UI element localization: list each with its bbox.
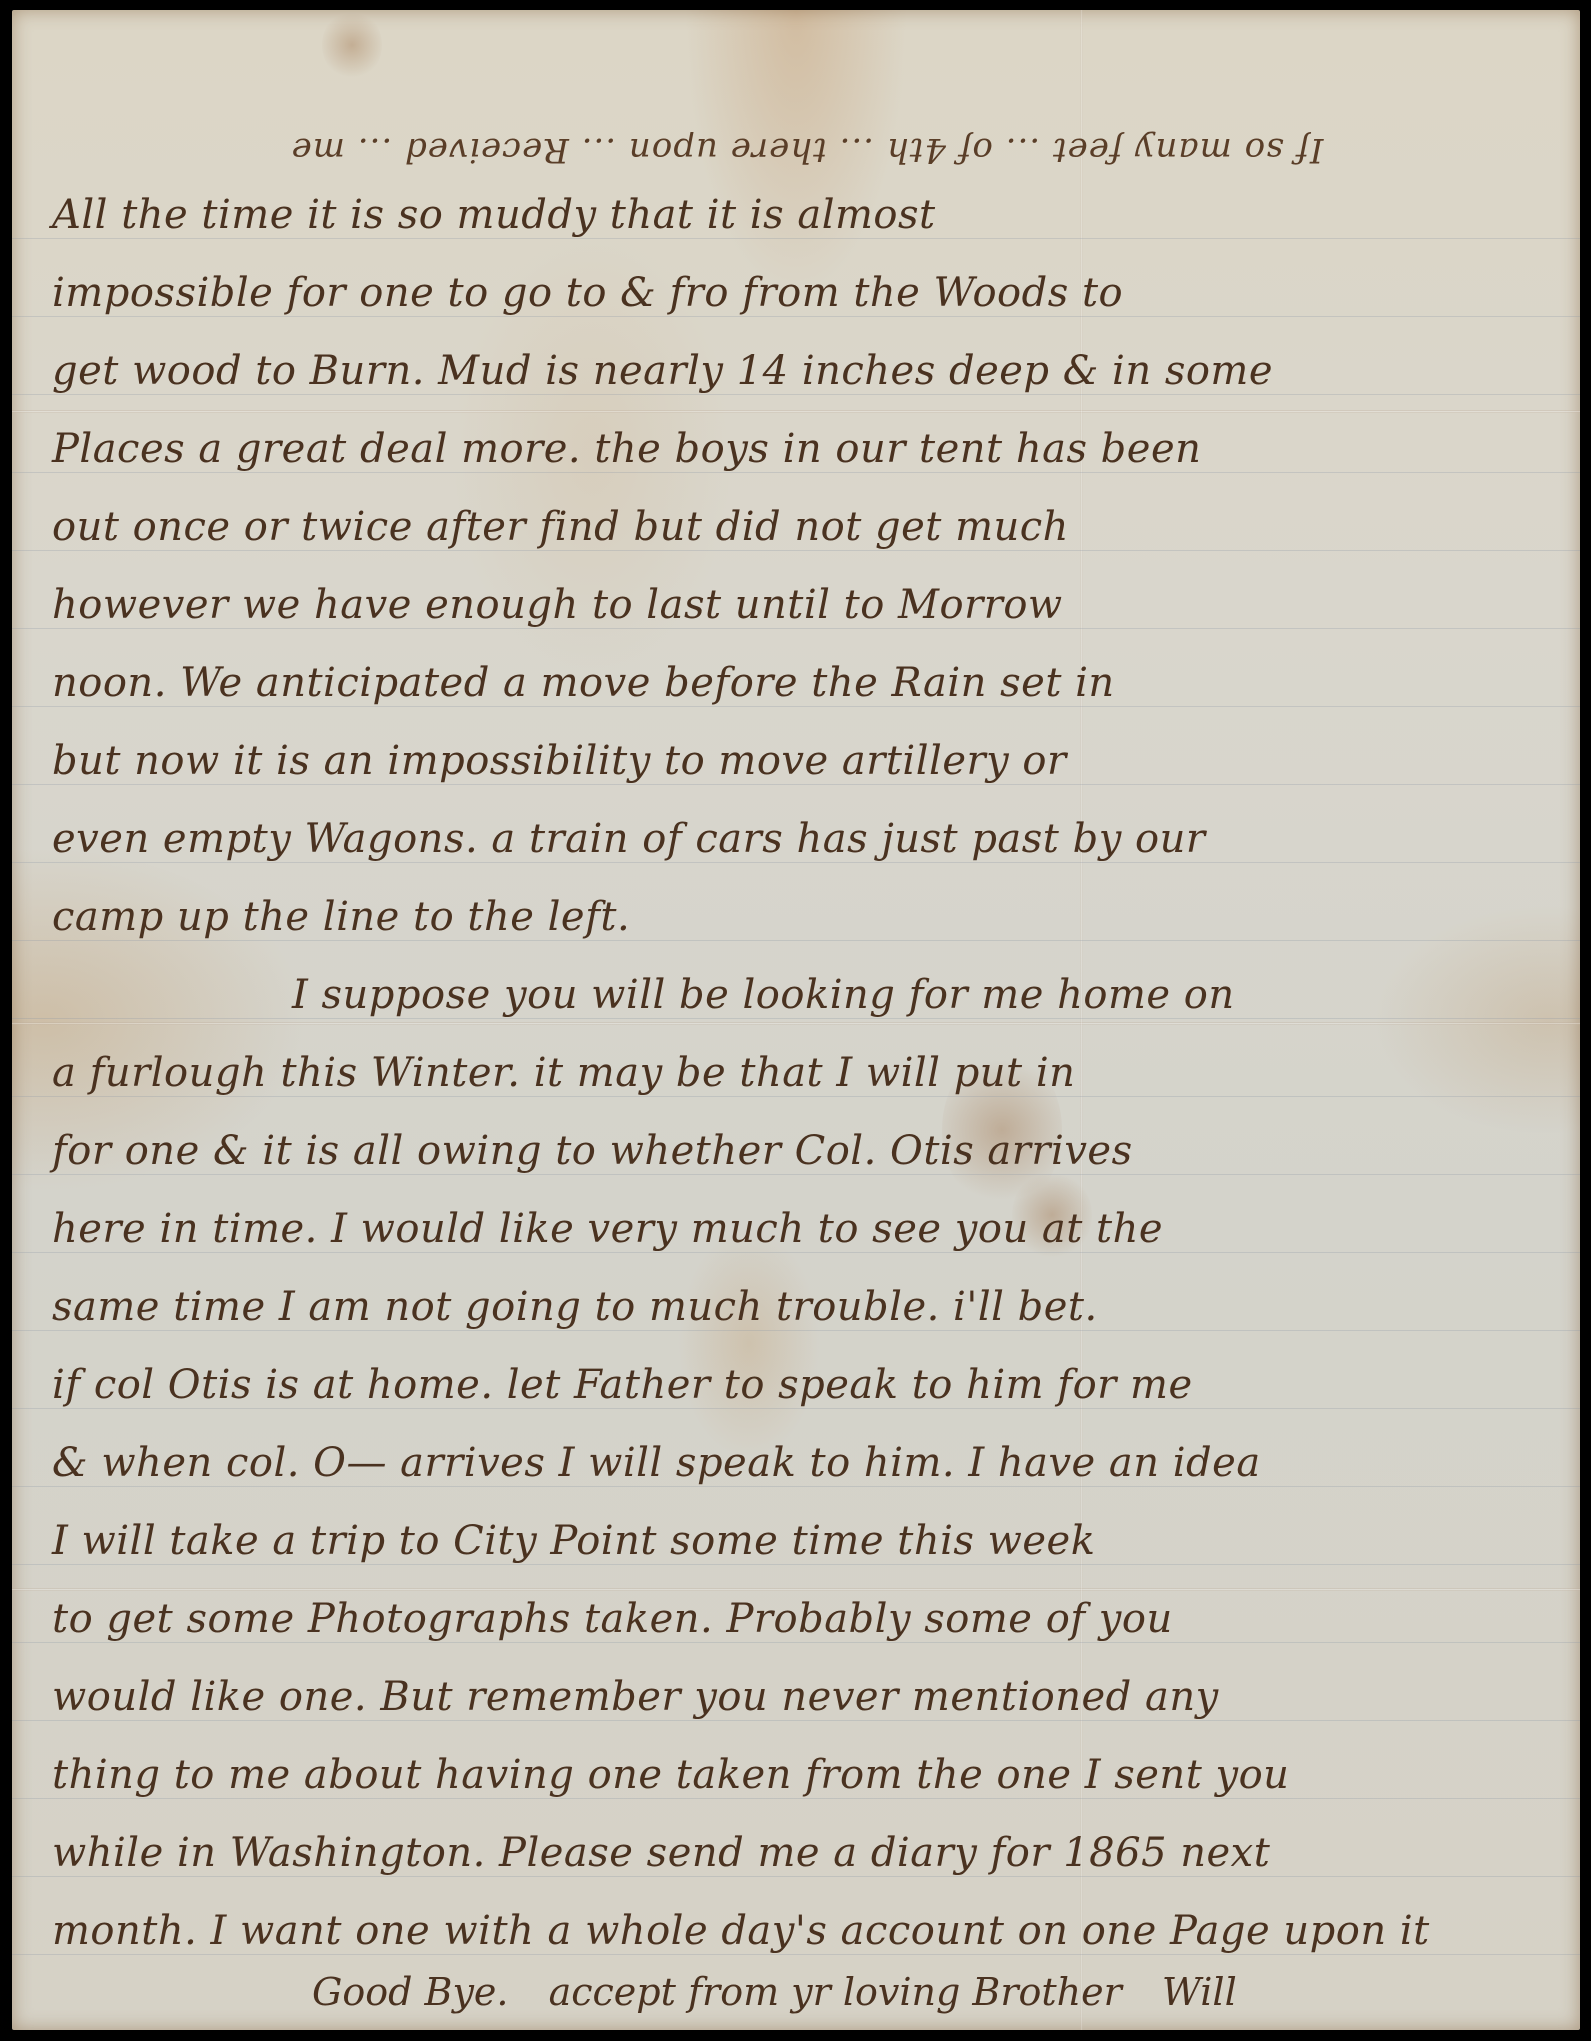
letter-line: month. I want one with a whole day's acc… xyxy=(52,1906,1540,1956)
fold-crease xyxy=(12,410,1580,413)
fold-crease xyxy=(12,1588,1580,1591)
letter-line: & when col. O— arrives I will speak to h… xyxy=(52,1438,1540,1488)
letter-line: get wood to Burn. Mud is nearly 14 inche… xyxy=(52,346,1540,396)
letter-line: noon. We anticipated a move before the R… xyxy=(52,658,1540,708)
letter-line: a furlough this Winter. it may be that I… xyxy=(52,1048,1540,1098)
letter-line: for one & it is all owing to whether Col… xyxy=(52,1126,1540,1176)
inverted-header-text: If so many feet ... of 4th ... there upo… xyxy=(42,130,1572,170)
letter-page: If so many feet ... of 4th ... there upo… xyxy=(12,10,1580,2030)
letter-line: would like one. But remember you never m… xyxy=(52,1672,1540,1722)
letter-line: here in time. I would like very much to … xyxy=(52,1204,1540,1254)
letter-line: if col Otis is at home. let Father to sp… xyxy=(52,1360,1540,1410)
letter-line: camp up the line to the left. xyxy=(52,892,1540,942)
letter-line: however we have enough to last until to … xyxy=(52,580,1540,630)
fold-crease xyxy=(12,1022,1580,1025)
closing-salutation: Good Bye. xyxy=(312,1970,508,2014)
signature: Will xyxy=(1162,1970,1237,2014)
ink-stain xyxy=(322,10,382,80)
letter-line: even empty Wagons. a train of cars has j… xyxy=(52,814,1540,864)
letter-line: Places a great deal more. the boys in ou… xyxy=(52,424,1540,474)
letter-line: out once or twice after find but did not… xyxy=(52,502,1540,552)
letter-line: I will take a trip to City Point some ti… xyxy=(52,1516,1540,1566)
letter-line-paragraph-start: I suppose you will be looking for me hom… xyxy=(292,970,1540,1020)
letter-line: thing to me about having one taken from … xyxy=(52,1750,1540,1800)
letter-line: while in Washington. Please send me a di… xyxy=(52,1828,1540,1878)
closing-body: accept from yr loving Brother xyxy=(549,1970,1122,2014)
letter-line: impossible for one to go to & fro from t… xyxy=(52,268,1540,318)
letter-closing: Good Bye. accept from yr loving Brother … xyxy=(312,1970,1265,2014)
letter-line: but now it is an impossibility to move a… xyxy=(52,736,1540,786)
letter-line: same time I am not going to much trouble… xyxy=(52,1282,1540,1332)
letter-line: to get some Photographs taken. Probably … xyxy=(52,1594,1540,1644)
letter-line: All the time it is so muddy that it is a… xyxy=(52,190,1540,240)
